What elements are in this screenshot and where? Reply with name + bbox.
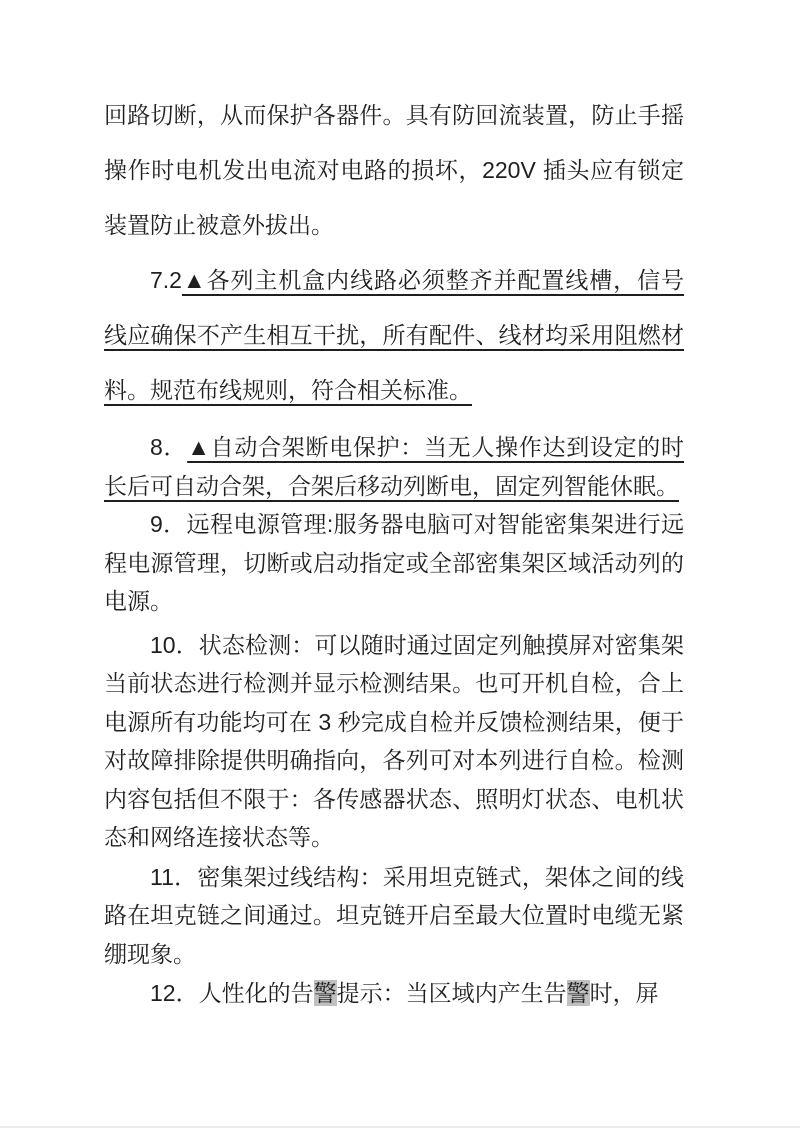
text-run: 10．状态检测：可以随时通过固定列触摸屏对密集架当前状态进行检测并显示检测结果。… (104, 632, 684, 851)
page-bottom-divider (0, 1126, 800, 1128)
text-run: 7.2 (150, 267, 182, 293)
underlined-text-run: ▲各列主机盒内线路必须整齐并配置线槽，信号线应确保不产生相互干扰，所有配件、线材… (104, 267, 684, 403)
paragraph: 11．密集架过线结构：采用坦克链式，架体之间的线路在坦克链之间通过。坦克链开启至… (104, 858, 684, 974)
paragraph: 12．人性化的告警提示：当区域内产生告警时，屏 (104, 974, 684, 1013)
paragraph: 8．▲自动合架断电保护：当无人操作达到设定的时长后可自动合架，合架后移动列断电，… (104, 428, 684, 505)
text-run: 12．人性化的告 (150, 980, 314, 1006)
paragraph: 9．远程电源管理:服务器电脑可对智能密集架进行远程电源管理，切断或启动指定或全部… (104, 505, 684, 621)
text-run: 回路切断，从而保护各器件。具有防回流装置，防止手摇操作时电机发出电流对电路的损坏… (104, 102, 684, 238)
text-run: 8． (150, 434, 187, 460)
document-page-text: 回路切断，从而保护各器件。具有防回流装置，防止手摇操作时电机发出电流对电路的损坏… (104, 88, 684, 1013)
text-run: 时，屏 (590, 980, 659, 1006)
underlined-text-run: ▲自动合架断电保护：当无人操作达到设定的时长后可自动合架，合架后移动列断电，固定… (104, 434, 684, 499)
text-run: 提示：当区域内产生告 (337, 980, 567, 1006)
text-run: 9．远程电源管理:服务器电脑可对智能密集架进行远程电源管理，切断或启动指定或全部… (104, 511, 684, 614)
text-run: 11．密集架过线结构：采用坦克链式，架体之间的线路在坦克链之间通过。坦克链开启至… (104, 864, 684, 967)
highlighted-character: 警 (567, 980, 590, 1006)
paragraph: 7.2▲各列主机盒内线路必须整齐并配置线槽，信号线应确保不产生相互干扰，所有配件… (104, 253, 684, 418)
paragraph: 回路切断，从而保护各器件。具有防回流装置，防止手摇操作时电机发出电流对电路的损坏… (104, 88, 684, 253)
highlighted-character: 警 (314, 980, 337, 1006)
paragraph: 10．状态检测：可以随时通过固定列触摸屏对密集架当前状态进行检测并显示检测结果。… (104, 626, 684, 857)
